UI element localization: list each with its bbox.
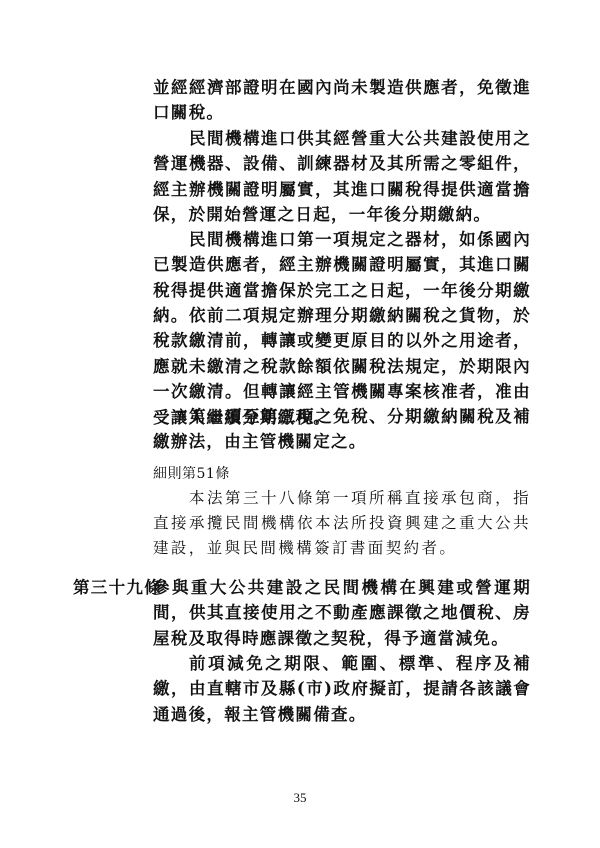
article-number: 第三十九條: [73, 575, 162, 600]
document-page: 並經經濟部證明在國內尚未製造供應者，免徵進口關稅。 民間機構進口供其經營重大公共…: [0, 0, 600, 848]
detail-rule-text: 本法第三十八條第一項所稱直接承包商，指直接承攬民間機構依本法所投資興建之重大公共…: [153, 486, 531, 561]
paragraph-continuation: 並經經濟部證明在國內尚未製造供應者，免徵進口關稅。: [153, 75, 531, 126]
detail-rule-title: 細則第51條: [153, 463, 230, 483]
page-number: 35: [0, 790, 600, 806]
paragraph-regulations: 第一項至第三項之免稅、分期繳納關稅及補繳辦法，由主管機關定之。: [153, 404, 531, 455]
article-39-paragraph-2: 前項減免之期限、範圍、標準、程序及補繳，由直轄市及縣(市)政府擬訂，提請各該議會…: [153, 651, 531, 727]
paragraph-import-equipment: 民間機構進口供其經營重大公共建設使用之營運機器、設備、訓練器材及其所需之零組件，…: [153, 126, 531, 228]
article-39-paragraph-1: 參與重大公共建設之民間機構在興建或營運期間，供其直接使用之不動產應課徵之地價稅、…: [153, 575, 531, 651]
